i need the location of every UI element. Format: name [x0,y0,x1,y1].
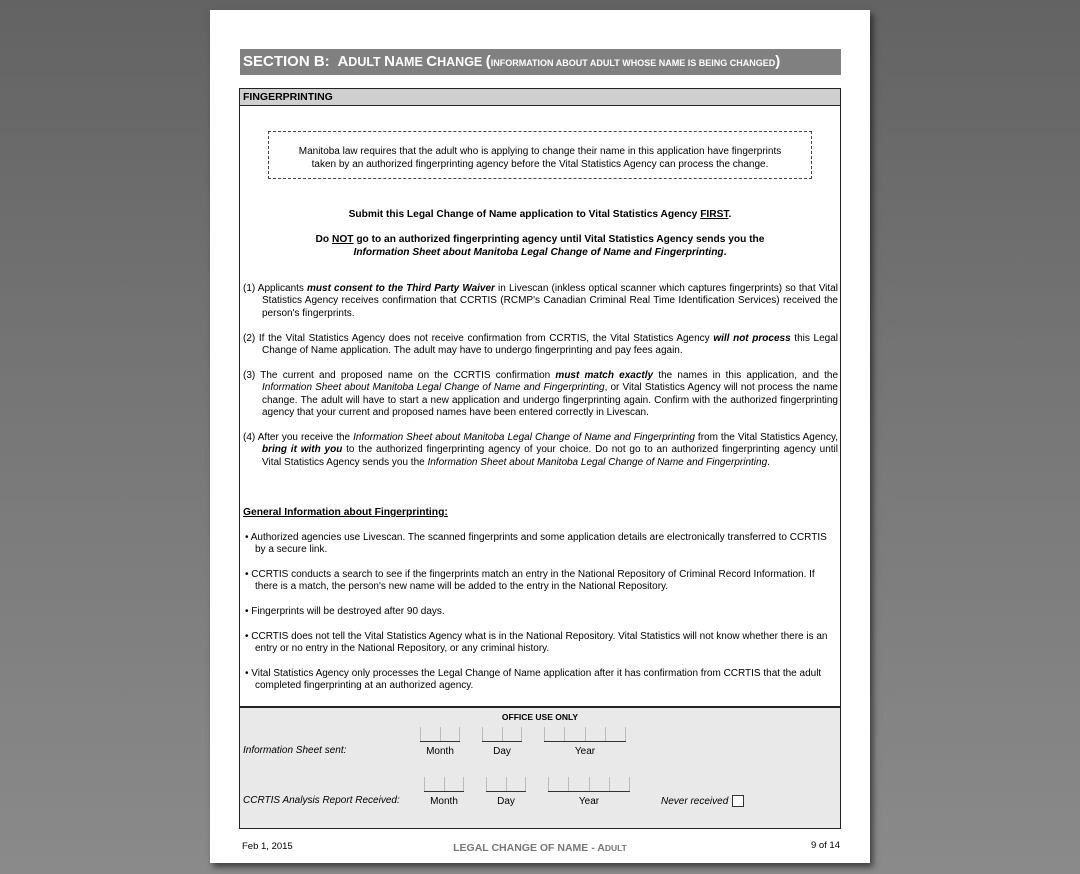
numbered-item: (3) The current and proposed name on the… [243,370,838,420]
bullet-item: • CCRTIS conducts a search to see if the… [243,569,838,594]
ccrtis-month-field[interactable] [424,777,464,792]
ccrtis-year-field[interactable] [548,777,630,792]
info-sheet-year-field[interactable] [544,727,626,742]
info-sheet-day-field[interactable] [482,727,522,742]
office-use-panel: OFFICE USE ONLY Information Sheet sent: … [239,707,841,829]
day-caption: Day [482,746,522,757]
month-caption: Month [424,796,464,807]
never-received-checkbox[interactable] [732,795,744,807]
do-not-instruction: Do NOT go to an authorized fingerprintin… [240,234,840,259]
ccrtis-day-field[interactable] [486,777,526,792]
notice-line: Manitoba law requires that the adult who… [269,145,811,158]
bullet-item: • Vital Statistics Agency only processes… [243,668,838,693]
office-use-title: OFFICE USE ONLY [240,712,840,722]
fingerprinting-title: FINGERPRINTING [240,89,840,106]
general-info-title: General Information about Fingerprinting… [243,507,448,518]
law-notice-box: Manitoba law requires that the adult who… [268,131,812,179]
notice-line: taken by an authorized fingerprinting ag… [269,158,811,171]
fingerprinting-section: FINGERPRINTING Manitoba law requires tha… [239,88,841,707]
bullet-item: • Authorized agencies use Livescan. The … [243,532,838,557]
page-number: 9 of 14 [811,840,840,851]
numbered-item: (4) After you receive the Information Sh… [243,432,838,469]
never-received-label: Never received [661,796,728,807]
submit-first-instruction: Submit this Legal Change of Name applica… [240,209,840,222]
document-page: SECTION B: ADULT NAME CHANGE (INFORMATIO… [210,10,870,863]
info-sheet-month-field[interactable] [420,727,460,742]
year-caption: Year [548,796,630,807]
numbered-item: (1) Applicants must consent to the Third… [243,283,838,320]
day-caption: Day [486,796,526,807]
never-received-option[interactable]: Never received [661,795,744,807]
year-caption: Year [544,746,626,757]
numbered-item: (2) If the Vital Statistics Agency does … [243,333,838,358]
bullet-item: • Fingerprints will be destroyed after 9… [243,606,838,618]
section-header: SECTION B: ADULT NAME CHANGE (INFORMATIO… [240,49,841,75]
ccrtis-report-label: CCRTIS Analysis Report Received: [243,795,400,806]
section-title: ADULT NAME CHANGE (INFORMATION ABOUT ADU… [337,53,780,70]
info-sheet-sent-label: Information Sheet sent: [243,745,346,756]
bullet-item: • CCRTIS does not tell the Vital Statist… [243,631,838,656]
footer-title: LEGAL CHANGE OF NAME - ADULT [210,842,870,854]
month-caption: Month [420,746,460,757]
section-label: SECTION B: [243,53,330,70]
